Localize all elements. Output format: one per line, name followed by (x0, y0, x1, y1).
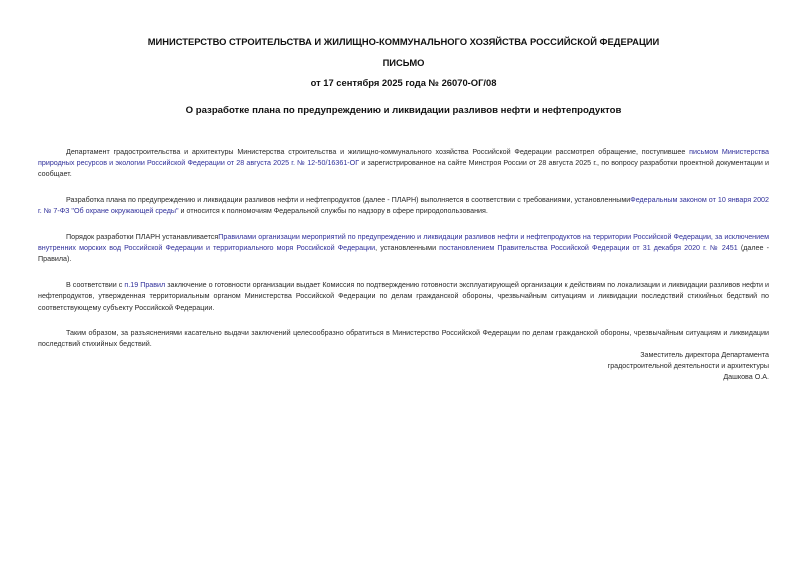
date-number: от 17 сентября 2025 года № 26070-ОГ/08 (0, 77, 807, 88)
link-government-decree[interactable]: постановлением Правительства Российской … (439, 244, 738, 252)
ministry-heading: МИНИСТЕРСТВО СТРОИТЕЛЬСТВА И ЖИЛИЩНО-КОМ… (0, 36, 807, 47)
signature-department: градостроительной деятельности и архитек… (608, 361, 769, 372)
p3-text-b: , установленными (375, 244, 439, 252)
paragraph-1: Департамент градостроительства и архитек… (38, 147, 769, 181)
document-subject: О разработке плана по предупреждению и л… (0, 105, 807, 116)
paragraph-5: Таким образом, за разъяснениями касатель… (38, 328, 769, 350)
link-rules-p19[interactable]: п.19 Правил (124, 281, 165, 289)
p3-text-a: Порядок разработки ПЛАРН устанавливается (66, 233, 218, 241)
signature-block: Заместитель директора Департамента градо… (608, 350, 769, 384)
p1-text-a: Департамент градостроительства и архитек… (66, 148, 689, 156)
letter-body: Департамент градостроительства и архитек… (38, 147, 769, 365)
paragraph-4: В соответствии с п.19 Правил заключение … (38, 280, 769, 314)
p5-text: Таким образом, за разъяснениями касатель… (38, 329, 769, 348)
p2-text-a: Разработка плана по предупреждению и лик… (66, 196, 630, 204)
document-type: ПИСЬМО (0, 57, 807, 68)
p2-text-b: и относится к полномочиям Федеральной сл… (179, 207, 488, 215)
signature-name: Дашкова О.А. (608, 372, 769, 383)
signature-position: Заместитель директора Департамента (608, 350, 769, 361)
paragraph-3: Порядок разработки ПЛАРН устанавливается… (38, 232, 769, 266)
p4-text-a: В соответствии с (66, 281, 124, 289)
paragraph-2: Разработка плана по предупреждению и лик… (38, 195, 769, 217)
